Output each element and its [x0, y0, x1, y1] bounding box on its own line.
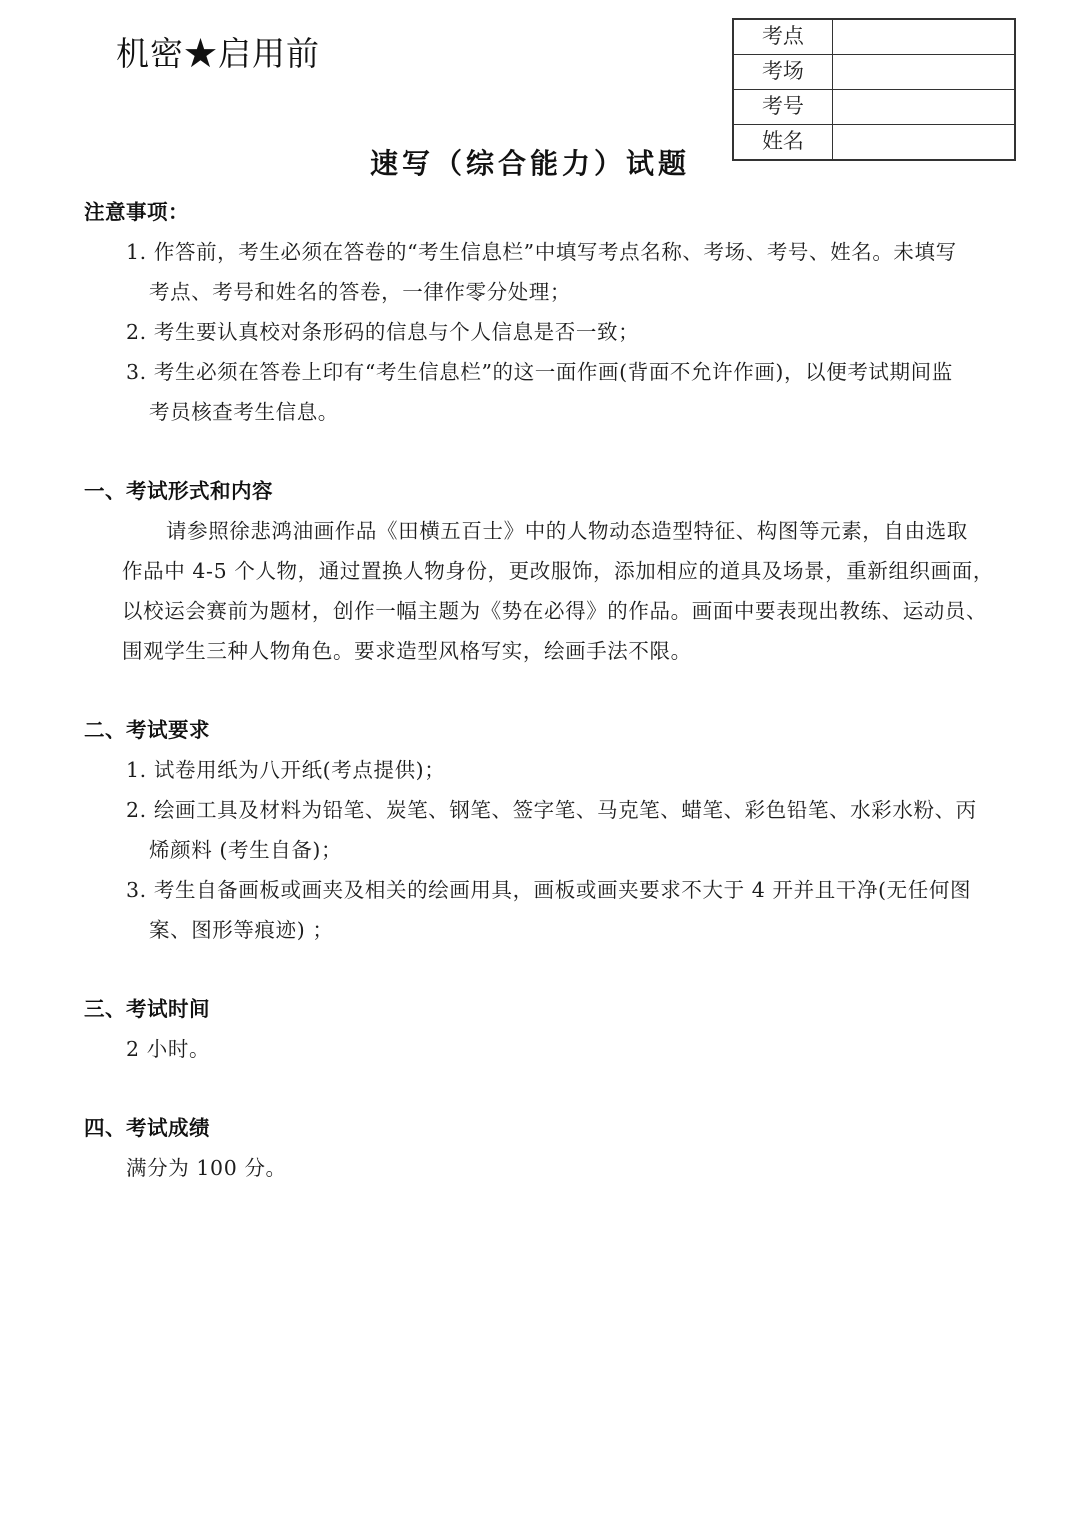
- info-label-exam-number: 考号: [733, 90, 832, 125]
- page-title-text: 速写（综合能力）试题: [370, 142, 690, 182]
- info-field-exam-site[interactable]: [832, 19, 1015, 55]
- section-2-item-2-line-2: 烯颜料 (考生自备)；: [149, 836, 342, 864]
- info-label-exam-site: 考点: [733, 19, 832, 55]
- confidential-mark: 机密★启用前: [116, 28, 320, 75]
- section-1-line-2: 作品中 4-5 个人物，通过置换人物身份，更改服饰，添加相应的道具及场景，重新组…: [122, 557, 994, 585]
- section-2-heading: 二、考试要求: [84, 716, 210, 744]
- notice-item-3-line-2: 考员核查考生信息。: [149, 398, 339, 426]
- section-3-heading: 三、考试时间: [84, 995, 210, 1023]
- info-label-exam-room: 考场: [733, 55, 832, 90]
- notice-item-2-line-1: 2. 考生要认真校对条形码的信息与个人信息是否一致；: [126, 318, 639, 346]
- info-row-exam-number: 考号: [733, 90, 1015, 125]
- section-1-line-4: 围观学生三种人物角色。要求造型风格写实，绘画手法不限。: [122, 637, 692, 665]
- section-4-body: 满分为 100 分。: [126, 1154, 287, 1182]
- notice-item-3-line-1: 3. 考生必须在答卷上印有“考生信息栏”的这一面作画(背面不允许作画)，以便考试…: [126, 358, 953, 386]
- section-4-heading: 四、考试成绩: [84, 1114, 210, 1142]
- section-2-item-3-line-1: 3. 考生自备画板或画夹及相关的绘画用具，画板或画夹要求不大于 4 开并且干净(…: [126, 876, 971, 904]
- candidate-info-table: 考点 考场 考号 姓名: [732, 18, 1016, 161]
- info-field-exam-room[interactable]: [832, 55, 1015, 90]
- notice-item-1-line-1: 1. 作答前，考生必须在答卷的“考生信息栏”中填写考点名称、考场、考号、姓名。未…: [126, 238, 957, 266]
- section-1-heading: 一、考试形式和内容: [84, 477, 273, 505]
- section-2-item-1-line-1: 1. 试卷用纸为八开纸(考点提供)；: [126, 756, 445, 784]
- section-2-item-2-line-1: 2. 绘画工具及材料为铅笔、炭笔、钢笔、签字笔、马克笔、蜡笔、彩色铅笔、水彩水粉…: [126, 796, 977, 824]
- info-field-exam-number[interactable]: [832, 90, 1015, 125]
- info-row-exam-site: 考点: [733, 19, 1015, 55]
- section-3-body: 2 小时。: [126, 1035, 210, 1063]
- section-2-item-3-line-2: 案、图形等痕迹) ；: [149, 916, 334, 944]
- info-row-exam-room: 考场: [733, 55, 1015, 90]
- section-1-line-3: 以校运会赛前为题材，创作一幅主题为《势在必得》的作品。画面中要表现出教练、运动员…: [122, 597, 987, 625]
- section-1-line-1: 请参照徐悲鸿油画作品《田横五百士》中的人物动态造型特征、构图等元素，自由选取: [166, 517, 968, 545]
- notice-heading: 注意事项：: [84, 198, 189, 226]
- page-title: 速写（综合能力）试题: [0, 142, 1080, 182]
- notice-item-1-line-2: 考点、考号和姓名的答卷，一律作零分处理；: [149, 278, 571, 306]
